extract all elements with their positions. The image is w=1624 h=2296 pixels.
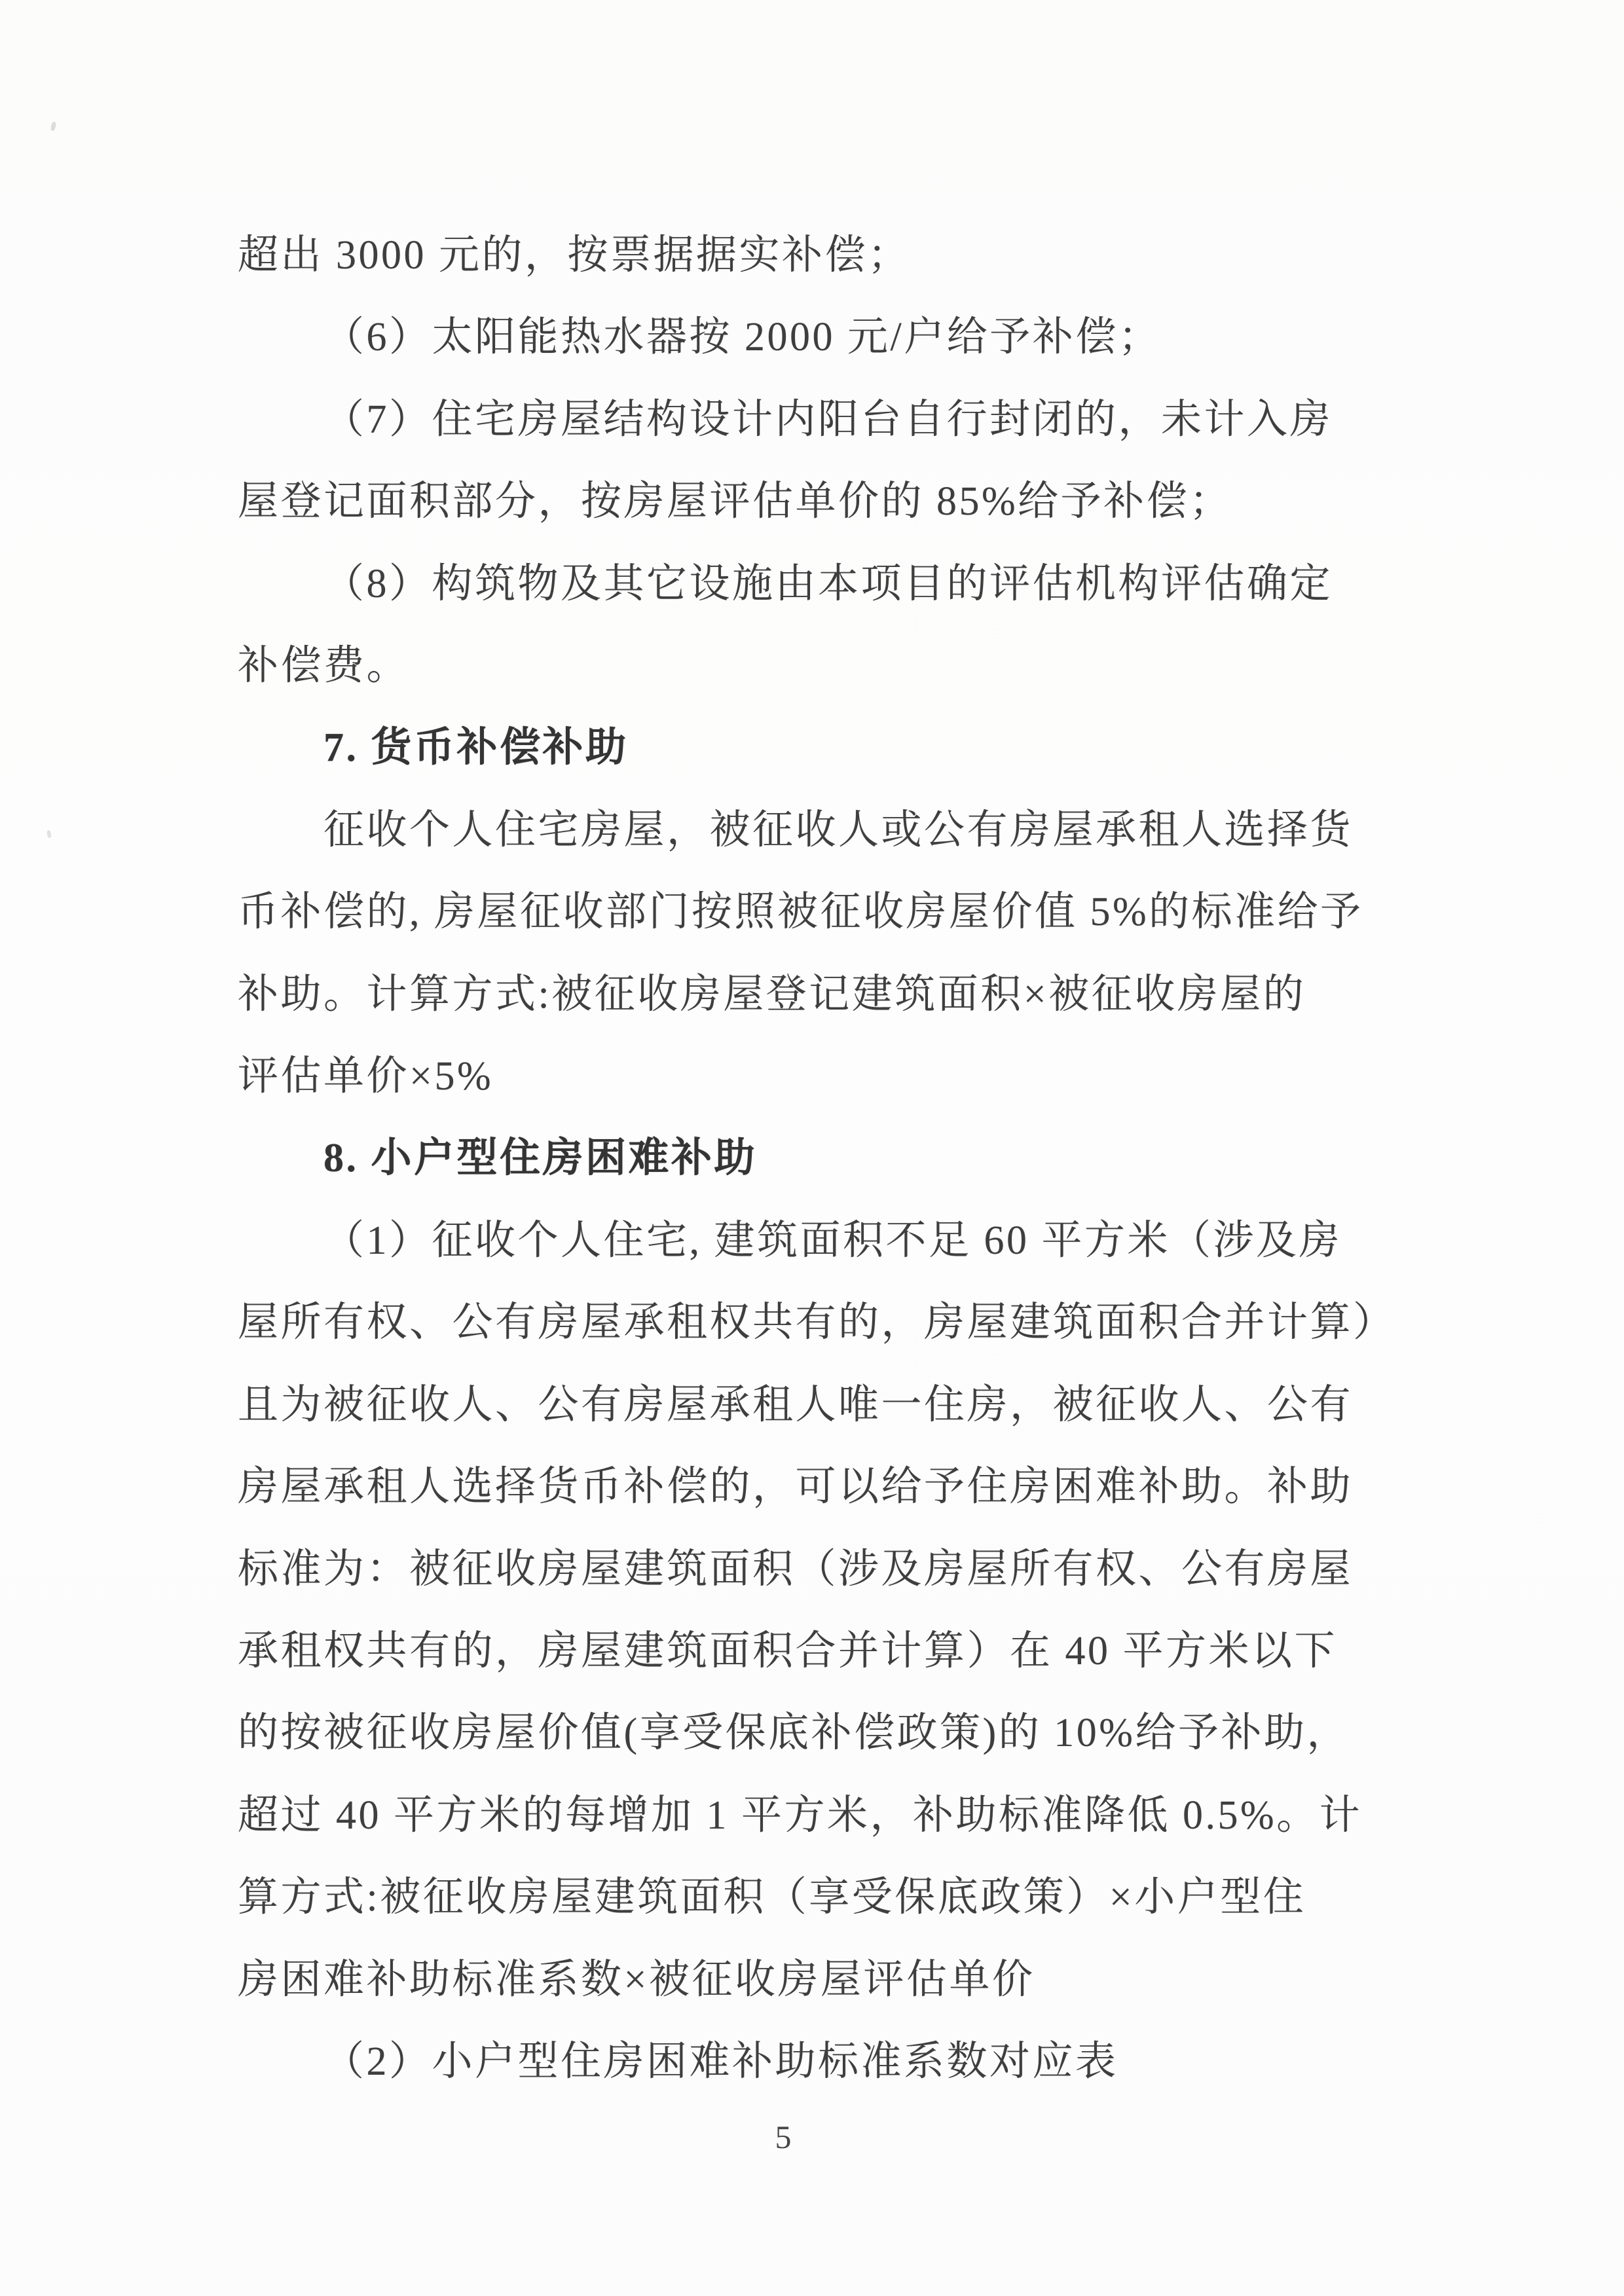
paragraph-line: 超出 3000 元的，按票据据实补偿； xyxy=(238,215,1364,297)
paragraph-item-2: （2）小户型住房困难补助标准系数对应表 xyxy=(238,2021,1364,2103)
section-heading-7: 7. 货币补偿补助 xyxy=(238,707,1364,789)
paragraph-line: 房屋承租人选择货币补偿的，可以给予住房困难补助。补助 xyxy=(238,1446,1364,1528)
paragraph-line: 评估单价×5% xyxy=(238,1036,1364,1118)
paragraph-line: 房困难补助标准系数×被征收房屋评估单价 xyxy=(238,1939,1364,2021)
paragraph-line: 屋所有权、公有房屋承租权共有的，房屋建筑面积合并计算） xyxy=(238,1282,1364,1364)
page-number: 5 xyxy=(0,2117,1566,2157)
paragraph-line: 标准为：被征收房屋建筑面积（涉及房屋所有权、公有房屋 xyxy=(238,1529,1364,1611)
paragraph-line: 且为被征收人、公有房屋承租人唯一住房，被征收人、公有 xyxy=(238,1364,1364,1446)
scan-artifact xyxy=(50,121,56,131)
paragraph-line: 超过 40 平方米的每增加 1 平方米，补助标准降低 0.5%。计 xyxy=(238,1775,1364,1857)
paragraph-line: 补助。计算方式:被征收房屋登记建筑面积×被征收房屋的 xyxy=(238,954,1364,1036)
paragraph-line: 币补偿的, 房屋征收部门按照被征收房屋价值 5%的标准给予 xyxy=(238,871,1364,953)
paragraph-item-8: （8）构筑物及其它设施由本项目的评估机构评估确定 xyxy=(238,543,1364,625)
paragraph-line: 补偿费。 xyxy=(238,625,1364,707)
paragraph-line: 征收个人住宅房屋，被征收人或公有房屋承租人选择货 xyxy=(238,790,1364,871)
paragraph-line: 承租权共有的，房屋建筑面积合并计算）在 40 平方米以下 xyxy=(238,1611,1364,1692)
document-body: 超出 3000 元的，按票据据实补偿； （6）太阳能热水器按 2000 元/户给… xyxy=(238,215,1364,2103)
paragraph-line: 的按被征收房屋价值(享受保底补偿政策)的 10%给予补助， xyxy=(238,1692,1364,1774)
document-page: 超出 3000 元的，按票据据实补偿； （6）太阳能热水器按 2000 元/户给… xyxy=(0,0,1624,2296)
section-heading-8: 8. 小户型住房困难补助 xyxy=(238,1118,1364,1199)
paragraph-item-1: （1）征收个人住宅, 建筑面积不足 60 平方米（涉及房 xyxy=(238,1200,1364,1282)
paragraph-line: 算方式:被征收房屋建筑面积（享受保底政策）×小户型住 xyxy=(238,1857,1364,1939)
paragraph-item-7: （7）住宅房屋结构设计内阳台自行封闭的，未计入房 xyxy=(238,379,1364,461)
paragraph-line: 屋登记面积部分，按房屋评估单价的 85%给予补偿； xyxy=(238,461,1364,543)
paragraph-item-6: （6）太阳能热水器按 2000 元/户给予补偿； xyxy=(238,297,1364,378)
scan-artifact xyxy=(46,830,52,839)
